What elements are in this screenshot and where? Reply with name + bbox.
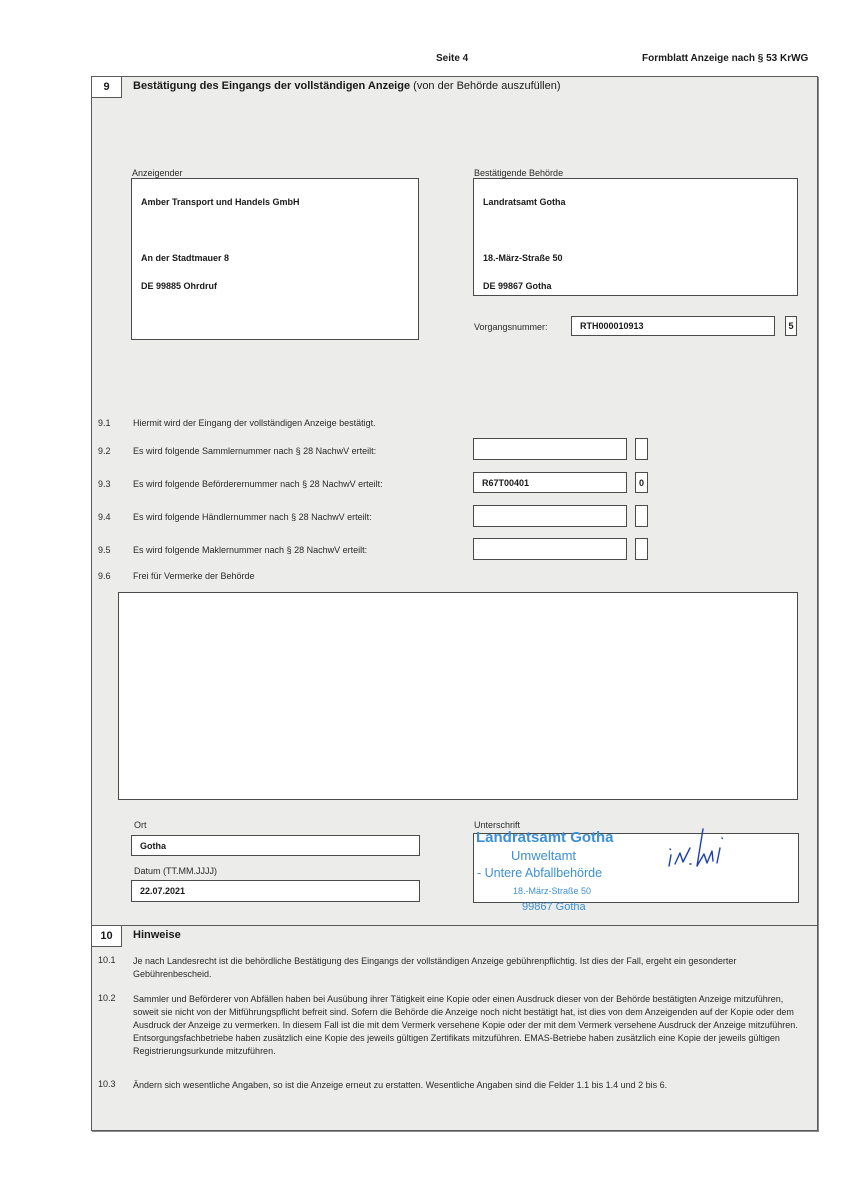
vorgangsnummer-field[interactable]: RTH000010913 [571,316,775,336]
sammlernummer-check[interactable] [635,438,648,460]
behoerde-box[interactable]: Landratsamt Gotha 18.-März-Straße 50 DE … [473,178,798,296]
section-9-number: 9 [92,77,122,98]
note-10-1-number: 10.1 [98,955,116,965]
stamp-line: Umweltamt [511,848,576,863]
behoerde-line: Landratsamt Gotha [483,195,797,209]
behoerde-address: Landratsamt Gotha 18.-März-Straße 50 DE … [474,179,797,307]
befoerderernummer-check[interactable]: 0 [635,472,648,493]
row-9-5-number: 9.5 [98,545,111,555]
handwritten-signature [660,826,740,876]
stamp-line: 18.-März-Straße 50 [513,886,591,896]
vorgangsnummer-label: Vorgangsnummer: [474,322,548,332]
anzeigender-label: Anzeigender [132,168,183,178]
row-9-1-text: Hiermit wird der Eingang der vollständig… [133,418,376,428]
ort-label: Ort [134,820,147,830]
row-9-3-text: Es wird folgende Beförderernummer nach §… [133,479,383,489]
note-10-1-text: Je nach Landesrecht ist die behördliche … [133,955,773,981]
page-number: Seite 4 [436,53,468,64]
section-9-title: Bestätigung des Eingangs der vollständig… [133,80,561,92]
form-label: Formblatt Anzeige nach § 53 KrWG [642,53,808,64]
anzeigender-address: Amber Transport und Handels GmbH An der … [132,179,418,307]
stamp-line: - Untere Abfallbehörde [477,866,602,880]
stamp-line: Landratsamt Gotha [476,829,614,846]
vorgangsnummer-check[interactable]: 5 [785,316,797,336]
note-10-2-text: Sammler und Beförderer von Abfällen habe… [133,993,808,1058]
row-9-6-number: 9.6 [98,571,111,581]
befoerderernummer-field[interactable]: R67T00401 [473,472,627,493]
behoerde-line: DE 99867 Gotha [483,279,797,293]
datum-field[interactable]: 22.07.2021 [131,880,420,902]
anzeigender-line: Amber Transport und Handels GmbH [141,195,418,209]
datum-label: Datum (TT.MM.JJJJ) [134,866,217,876]
anzeigender-line: DE 99885 Ohrdruf [141,279,418,293]
behoerde-line [483,223,797,237]
stamp-line: 99867 Gotha [522,901,586,913]
section-10-number: 10 [92,926,122,947]
ort-field[interactable]: Gotha [131,835,420,856]
haendlernummer-check[interactable] [635,505,648,527]
row-9-2-number: 9.2 [98,446,111,456]
section-9-title-bold: Bestätigung des Eingangs der vollständig… [133,80,410,92]
row-9-3-number: 9.3 [98,479,111,489]
row-9-2-text: Es wird folgende Sammlernummer nach § 28… [133,446,376,456]
behoerde-line: 18.-März-Straße 50 [483,251,797,265]
section-9-title-note: (von der Behörde auszufüllen) [413,80,560,92]
maklernummer-check[interactable] [635,538,648,560]
anzeigender-line: An der Stadtmauer 8 [141,251,418,265]
row-9-5-text: Es wird folgende Maklernummer nach § 28 … [133,545,367,555]
row-9-4-number: 9.4 [98,512,111,522]
row-9-4-text: Es wird folgende Händlernummer nach § 28… [133,512,372,522]
section-divider [91,925,818,926]
section-10-title: Hinweise [133,929,181,941]
note-10-3-number: 10.3 [98,1079,116,1089]
vermerke-textarea[interactable] [118,592,798,800]
row-9-1-number: 9.1 [98,418,111,428]
maklernummer-field[interactable] [473,538,627,560]
behoerde-label: Bestätigende Behörde [474,168,563,178]
row-9-6-text: Frei für Vermerke der Behörde [133,571,255,581]
anzeigender-box[interactable]: Amber Transport und Handels GmbH An der … [131,178,419,340]
note-10-3-text: Ändern sich wesentliche Angaben, so ist … [133,1079,808,1092]
anzeigender-line [141,223,418,237]
sammlernummer-field[interactable] [473,438,627,460]
haendlernummer-field[interactable] [473,505,627,527]
note-10-2-number: 10.2 [98,993,116,1003]
